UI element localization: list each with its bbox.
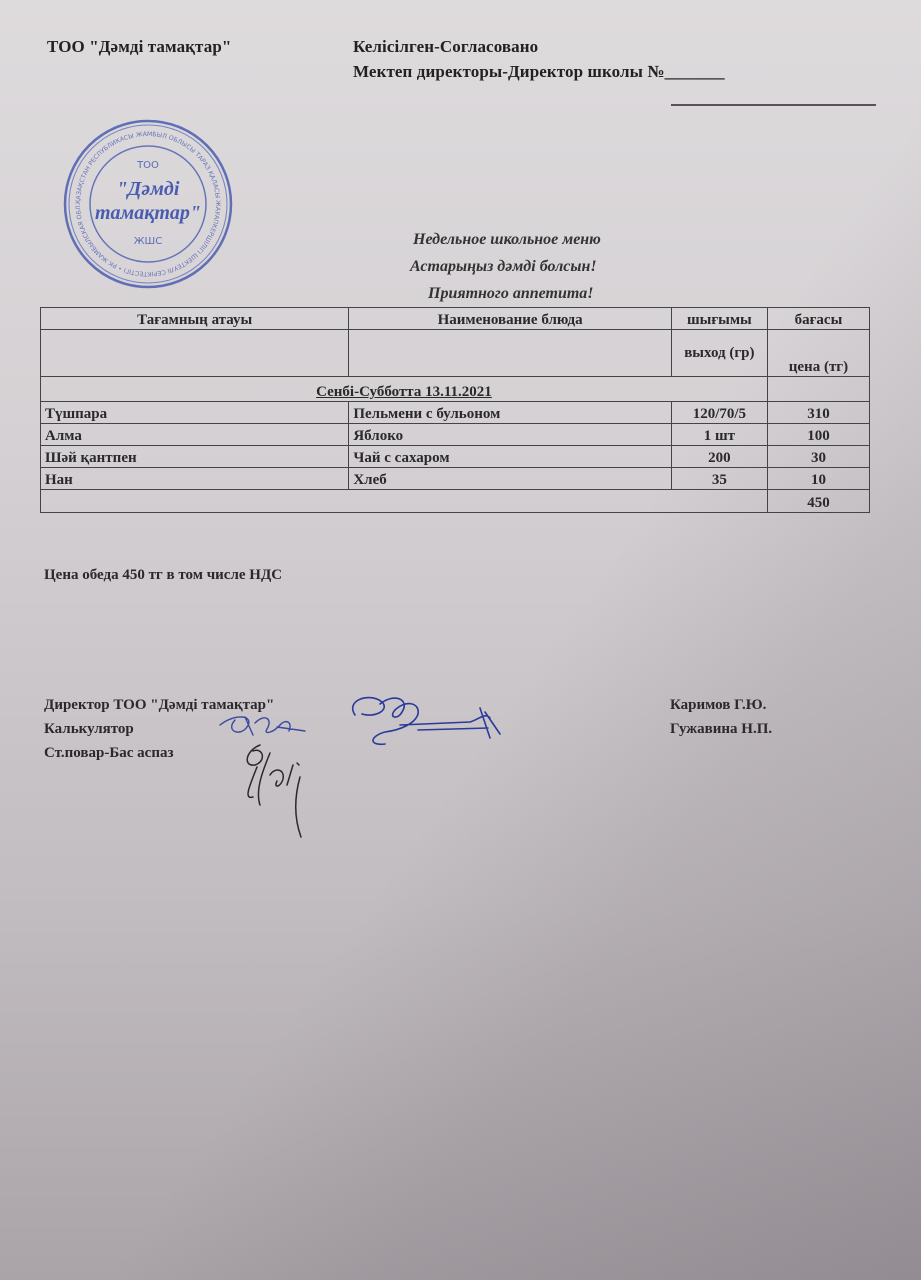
approval-director-line: Мектеп директоры-Директор школы №_______ [353, 62, 725, 82]
dish-yield: 200 [671, 446, 767, 468]
stamp-bottom-text: ЖШС [62, 236, 234, 247]
price-note: Цена обеда 450 тг в том числе НДС [44, 567, 282, 584]
stamp-top-text: ТОО [62, 160, 234, 171]
dish-name-kz: Нан [41, 468, 349, 490]
table-row: АлмаЯблоко1 шт100 [41, 424, 870, 446]
chef-label: Ст.повар-Бас аспаз [44, 745, 174, 762]
calculator-name: Гужавина Н.П. [670, 721, 772, 738]
header-yield-ru: выход (гр) [671, 330, 767, 377]
stamp-name-line2: тамақтар" [62, 202, 234, 225]
stamp-name-line1: "Дәмді [62, 178, 234, 201]
company-stamp: ҚАЗАҚСТАН РЕСПУБЛИКАСЫ ЖАМБЫЛ ОБЛЫСЫ ТАР… [62, 118, 234, 290]
header-yield-kz: шығымы [671, 308, 767, 330]
calculator-signature-icon [215, 705, 335, 845]
director-name: Каримов Г.Ю. [670, 697, 766, 714]
total-price: 450 [767, 490, 869, 513]
dish-price: 10 [767, 468, 869, 490]
greeting-ru: Приятного аппетита! [428, 285, 594, 303]
approval-title: Келісілген-Согласовано [353, 37, 538, 57]
dish-yield: 35 [671, 468, 767, 490]
menu-title: Недельное школьное меню [413, 231, 601, 249]
company-name: ТОО "Дәмді тамақтар" [47, 37, 231, 57]
day-row: Сенбі-Субботта 13.11.2021 [41, 377, 870, 402]
dish-yield: 120/70/5 [671, 402, 767, 424]
dish-name-ru: Пельмени с бульоном [349, 402, 672, 424]
header-ru-name: Наименование блюда [349, 308, 672, 330]
dish-name-ru: Яблоко [349, 424, 672, 446]
dish-name-kz: Түшпара [41, 402, 349, 424]
header-price-kz: бағасы [767, 308, 869, 330]
total-row: 450 [41, 490, 870, 513]
header-row-2: выход (гр) цена (тг) [41, 330, 870, 377]
table-row: НанХлеб3510 [41, 468, 870, 490]
signature-blank-line [671, 104, 876, 106]
header-price-ru: цена (тг) [767, 330, 869, 377]
director-signature-icon [340, 690, 510, 760]
table-row: ТүшпараПельмени с бульоном120/70/5310 [41, 402, 870, 424]
calculator-label: Калькулятор [44, 721, 134, 738]
dish-price: 100 [767, 424, 869, 446]
menu-table: Тағамның атауы Наименование блюда шығымы… [40, 307, 870, 513]
dish-price: 310 [767, 402, 869, 424]
dish-yield: 1 шт [671, 424, 767, 446]
dish-price: 30 [767, 446, 869, 468]
header-row: Тағамның атауы Наименование блюда шығымы… [41, 308, 870, 330]
header-kz-name: Тағамның атауы [41, 308, 349, 330]
greeting-kz: Астарыңыз дәмді болсын! [410, 258, 597, 276]
day-label: Сенбі-Субботта 13.11.2021 [316, 384, 492, 400]
dish-name-ru: Чай с сахаром [349, 446, 672, 468]
dish-name-kz: Алма [41, 424, 349, 446]
table-row: Шәй қантпенЧай с сахаром20030 [41, 446, 870, 468]
dish-name-kz: Шәй қантпен [41, 446, 349, 468]
dish-name-ru: Хлеб [349, 468, 672, 490]
